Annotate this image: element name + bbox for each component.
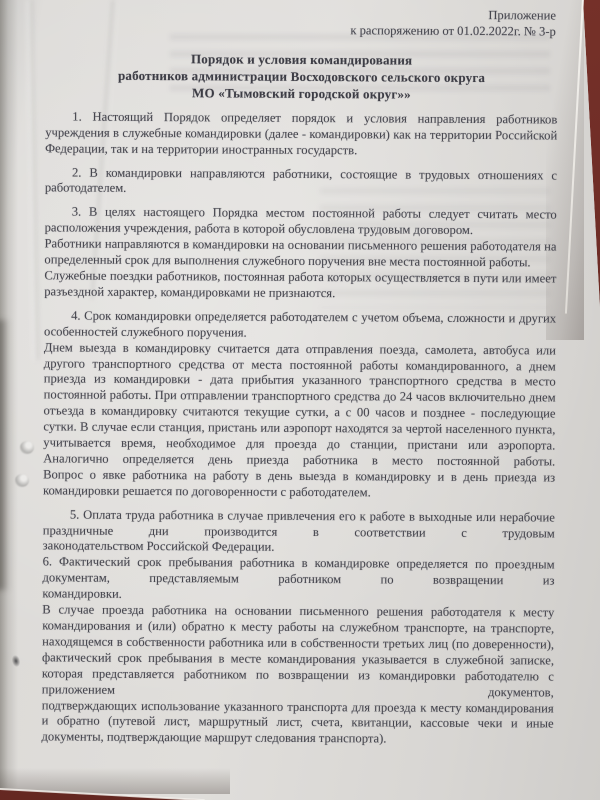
ink-smudge xyxy=(11,654,22,668)
document-paragraph: Работники направляются в командировки на… xyxy=(44,237,556,272)
document-paragraph: 1. Настоящий Порядок определяет порядок … xyxy=(45,109,557,160)
document-paragraph: Днем выезда в командировку считается дат… xyxy=(43,340,556,454)
document-paragraph: 4. Срок командировки определяется работо… xyxy=(44,308,556,343)
paper-crease xyxy=(27,0,39,360)
document-body: 1. Настоящий Порядок определяет порядок … xyxy=(41,109,557,749)
document-paragraph: 3. В целях настоящего Порядка местом пос… xyxy=(45,205,557,240)
punch-hole xyxy=(20,441,34,454)
document-paragraph: 5. Оплата труда работника в случае привл… xyxy=(43,507,555,542)
document-paragraph: В случае проезда работника на основании … xyxy=(42,602,555,701)
title-line: МО «Тымовский городской округ»» xyxy=(45,83,557,103)
punch-hole xyxy=(15,474,29,487)
document-paragraph: Служебные поездки работников, постоянная… xyxy=(44,268,556,303)
title-line: работников администрации Восходовского с… xyxy=(46,66,558,86)
document-content: Приложение к распоряжению от 01.02.2022г… xyxy=(41,5,558,748)
document-paragraph: 2. В командировки направляются работники… xyxy=(45,165,557,200)
photo-background: Приложение к распоряжению от 01.02.2022г… xyxy=(0,0,600,800)
annex-block: Приложение к распоряжению от 01.02.2022г… xyxy=(46,5,558,40)
document-paragraph: 6. Фактический срок пребывания работника… xyxy=(42,555,554,590)
annex-line: к распоряжению от 01.02.2022г. № 3-р xyxy=(46,21,556,40)
document-title: Порядок и условия командирования работни… xyxy=(45,49,557,103)
paper-sheet: Приложение к распоряжению от 01.02.2022г… xyxy=(0,0,600,800)
paper-left-edge-shadow xyxy=(0,320,12,590)
document-paragraph: Вопрос о явке работника на работу в день… xyxy=(43,467,555,502)
document-paragraph: подтверждающих использование указанного … xyxy=(41,698,553,749)
